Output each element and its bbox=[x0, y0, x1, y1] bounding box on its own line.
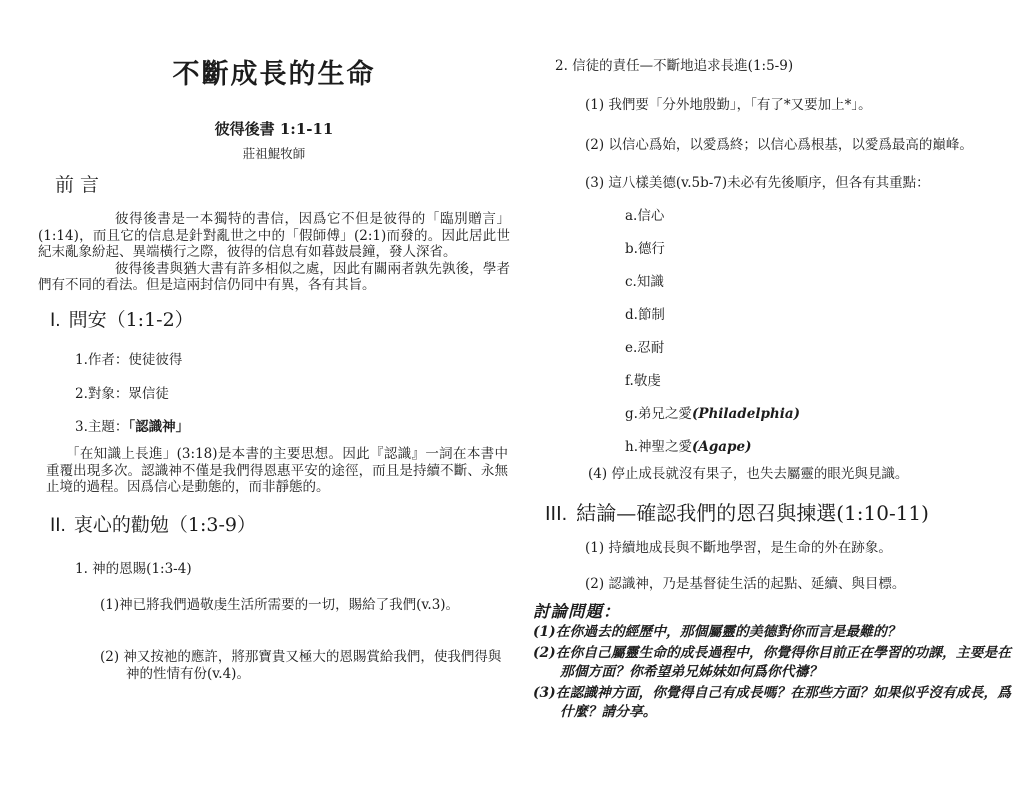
virtue-item-divine-love: h.神聖之愛(Agape) bbox=[533, 439, 1011, 456]
scripture-reference: 彼得後書 1:1-11 bbox=[38, 120, 510, 138]
section-3-heading: III.結論—確認我們的恩召與揀選(1:10-11) bbox=[533, 500, 1011, 527]
virtue-label: e. bbox=[625, 340, 637, 356]
discussion-question-1: (1)在你過去的經歷中，那個屬靈的美德對你而言是最難的？ bbox=[533, 623, 1011, 643]
duty-item-2: (2) 以信心爲始，以愛爲終；以信心爲根基，以愛爲最高的巔峰。 bbox=[533, 137, 1011, 154]
preface-paragraph-1: 彼得後書是一本獨特的書信，因爲它不但是彼得的「臨別贈言」(1:14)，而且它的信… bbox=[38, 211, 510, 261]
section-1-title: 問安 bbox=[69, 309, 107, 331]
discussion-question-3: (3)在認識神方面，你覺得自己有成長嗎？在那些方面？如果似乎沒有成長，爲什麼？請… bbox=[533, 684, 1011, 723]
knowledge-note-paragraph: 「在知識上長進」(3:18)是本書的主要思想。因此『認識』一詞在本書中重覆出現多… bbox=[38, 446, 510, 496]
preface-paragraph-2: 彼得後書與猶大書有許多相似之處，因此有關兩者孰先孰後，學者們有不同的看法。但是這… bbox=[38, 261, 510, 294]
section-1-verse-ref: （1:1-2） bbox=[107, 309, 194, 331]
virtue-label: a. bbox=[625, 208, 637, 224]
preface-heading: 前 言 bbox=[38, 173, 510, 197]
virtue-name: 知識 bbox=[637, 274, 664, 290]
gift-item-2: (2) 神又按祂的應許，將那寶貴又極大的恩賜賞給我們，使我們得與神的性情有份(v… bbox=[38, 649, 510, 682]
virtue-label: d. bbox=[625, 307, 638, 323]
virtue-name: 忍耐 bbox=[637, 340, 664, 356]
section-3-verse-ref: (1:10-11) bbox=[836, 501, 929, 525]
section-1-numeral: I. bbox=[50, 310, 61, 331]
left-column: 不斷成長的生命 彼得後書 1:1-11 莊祖鯤牧師 前 言 彼得後書是一本獨特的… bbox=[38, 0, 510, 682]
section-3-title: 結論—確認我們的恩召與揀選 bbox=[576, 501, 836, 525]
conclusion-item-2: (2) 認識神，乃是基督徒生活的起點、延續、與目標。 bbox=[533, 576, 1011, 593]
document-page: 不斷成長的生命 彼得後書 1:1-11 莊祖鯤牧師 前 言 彼得後書是一本獨特的… bbox=[0, 0, 1024, 791]
virtue-name: 節制 bbox=[638, 307, 665, 323]
virtue-latin-agape: (Agape) bbox=[692, 439, 751, 455]
section-2-heading: II.衷心的勸勉（1:3-9） bbox=[38, 513, 510, 538]
author-name: 莊祖鯤牧師 bbox=[38, 146, 510, 161]
duty-item-3: (3) 這八樣美德(v.5b-7)未必有先後順序，但各有其重點： bbox=[533, 175, 1011, 192]
virtue-item-knowledge: c.知識 bbox=[533, 274, 1011, 291]
duty-subheading: 2. 信徒的責任—不斷地追求長進(1:5-9) bbox=[533, 58, 1011, 75]
virtue-label: b. bbox=[625, 241, 638, 257]
theme-label: 3.主題： bbox=[75, 419, 128, 435]
virtue-label: f. bbox=[625, 373, 634, 389]
gifts-subheading: 1. 神的恩賜(1:3-4) bbox=[38, 561, 510, 578]
virtue-item-faith: a.信心 bbox=[533, 208, 1011, 225]
author-item: 1.作者：使徒彼得 bbox=[38, 352, 510, 369]
virtue-name: 神聖之愛 bbox=[638, 439, 692, 455]
virtue-name: 弟兄之愛 bbox=[638, 406, 692, 422]
audience-item: 2.對象：眾信徒 bbox=[38, 386, 510, 403]
virtue-item-brotherly-love: g.弟兄之愛(Philadelphia) bbox=[533, 406, 1011, 423]
section-1-heading: I.問安（1:1-2） bbox=[38, 308, 510, 333]
virtue-label: g. bbox=[625, 406, 638, 422]
stop-growth-item: (4) 停止成長就沒有果子，也失去屬靈的眼光與見識。 bbox=[533, 466, 1011, 483]
virtue-latin-philadelphia: (Philadelphia) bbox=[692, 406, 800, 422]
section-2-verse-ref: （1:3-9） bbox=[169, 514, 256, 536]
theme-item: 3.主題：「認識神」 bbox=[38, 419, 510, 436]
virtue-name: 德行 bbox=[638, 241, 665, 257]
virtue-item-virtue: b.德行 bbox=[533, 241, 1011, 258]
virtue-label: c. bbox=[625, 274, 637, 290]
page-title: 不斷成長的生命 bbox=[38, 58, 510, 92]
discussion-question-2: (2)在你自己屬靈生命的成長過程中，你覺得你目前正在學習的功課，主要是在那個方面… bbox=[533, 644, 1011, 683]
section-3-numeral: III. bbox=[545, 503, 567, 525]
conclusion-item-1: (1) 持續地成長與不斷地學習，是生命的外在跡象。 bbox=[533, 540, 1011, 557]
section-2-title: 衷心的勸勉 bbox=[74, 514, 169, 536]
virtue-name: 信心 bbox=[637, 208, 664, 224]
duty-item-1: (1) 我們要「分外地殷勤」，「有了*又要加上*」。 bbox=[533, 97, 1011, 114]
discussion-heading: 討論問題： bbox=[533, 602, 1011, 622]
virtue-name: 敬虔 bbox=[634, 373, 661, 389]
virtue-item-self-control: d.節制 bbox=[533, 307, 1011, 324]
virtue-label: h. bbox=[625, 439, 638, 455]
virtue-item-perseverance: e.忍耐 bbox=[533, 340, 1011, 357]
right-column: 2. 信徒的責任—不斷地追求長進(1:5-9) (1) 我們要「分外地殷勤」，「… bbox=[533, 0, 1011, 723]
virtue-item-godliness: f.敬虔 bbox=[533, 373, 1011, 390]
theme-keyword: 「認識神」 bbox=[128, 419, 189, 435]
section-2-numeral: II. bbox=[50, 515, 66, 536]
gift-item-1: (1)神已將我們過敬虔生活所需要的一切，賜給了我們(v.3)。 bbox=[38, 597, 510, 614]
